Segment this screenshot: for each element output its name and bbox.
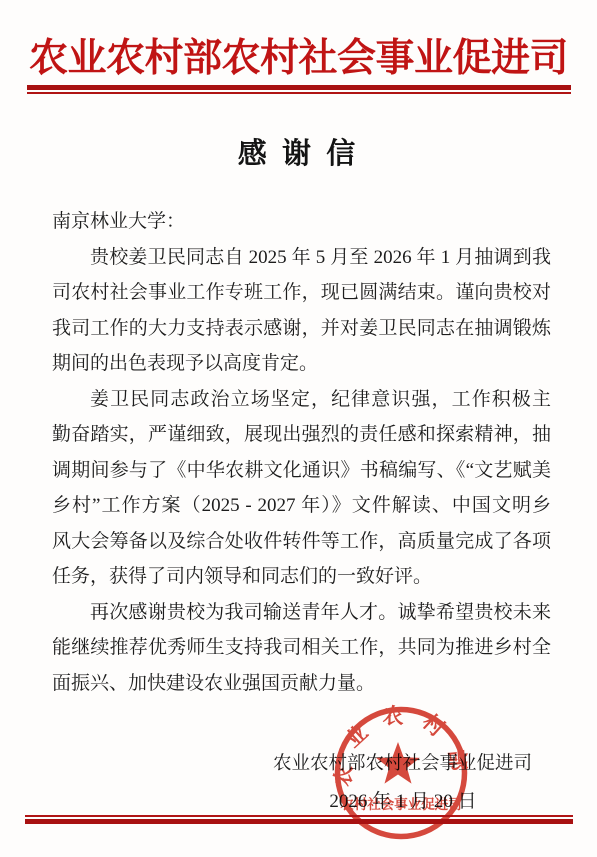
letter-page: 农业农村部农村社会事业促进司 感 谢 信 南京林业大学： 贵校姜卫民同志自 20… bbox=[0, 0, 597, 857]
seal-bottom-text: 农村社会事业促进司 bbox=[340, 796, 462, 812]
body-line: 我司工作的大力支持表示感谢，并对姜卫民同志在抽调锻炼 bbox=[52, 311, 551, 347]
body-line: 司农村社会事业工作专班工作，现已圆满结束。谨向贵校对 bbox=[52, 275, 551, 311]
body-line: 再次感谢贵校为我司输送青年人才。诚挚希望贵校未来 bbox=[52, 595, 551, 631]
body-line: 乡村”工作方案（2025 - 2027 年）》文件解读、中国文明乡 bbox=[52, 488, 551, 524]
salutation-line: 南京林业大学： bbox=[52, 204, 551, 240]
body-line: 贵校姜卫民同志自 2025 年 5 月至 2026 年 1 月抽调到我 bbox=[52, 240, 551, 276]
seal-star-icon bbox=[376, 742, 420, 784]
body-line: 姜卫民同志政治立场坚定，纪律意识强，工作积极主动， bbox=[52, 382, 551, 418]
body-line: 期间的出色表现予以高度肯定。 bbox=[52, 346, 551, 382]
letter-title: 感 谢 信 bbox=[0, 131, 597, 172]
body-line: 能继续推荐优秀师生支持我司相关工作，共同为推进乡村全 bbox=[52, 630, 551, 666]
body-line: 任务，获得了司内领导和同志们的一致好评。 bbox=[52, 559, 551, 595]
footer-divider bbox=[25, 815, 573, 824]
body-line: 风大会筹备以及综合处收件转件等工作，高质量完成了各项 bbox=[52, 524, 551, 560]
body-line: 勤奋踏实，严谨细致，展现出强烈的责任感和探索精神，抽 bbox=[52, 417, 551, 453]
letter-body: 南京林业大学： 贵校姜卫民同志自 2025 年 5 月至 2026 年 1 月抽… bbox=[52, 204, 551, 701]
body-line: 调期间参与了《中华农耕文化通识》书稿编写、《“文艺赋美 bbox=[52, 453, 551, 489]
header-divider bbox=[27, 85, 571, 94]
letterhead-org-name: 农业农村部农村社会事业促进司 bbox=[0, 27, 597, 83]
body-line: 面振兴、加快建设农业强国贡献力量。 bbox=[52, 666, 551, 702]
